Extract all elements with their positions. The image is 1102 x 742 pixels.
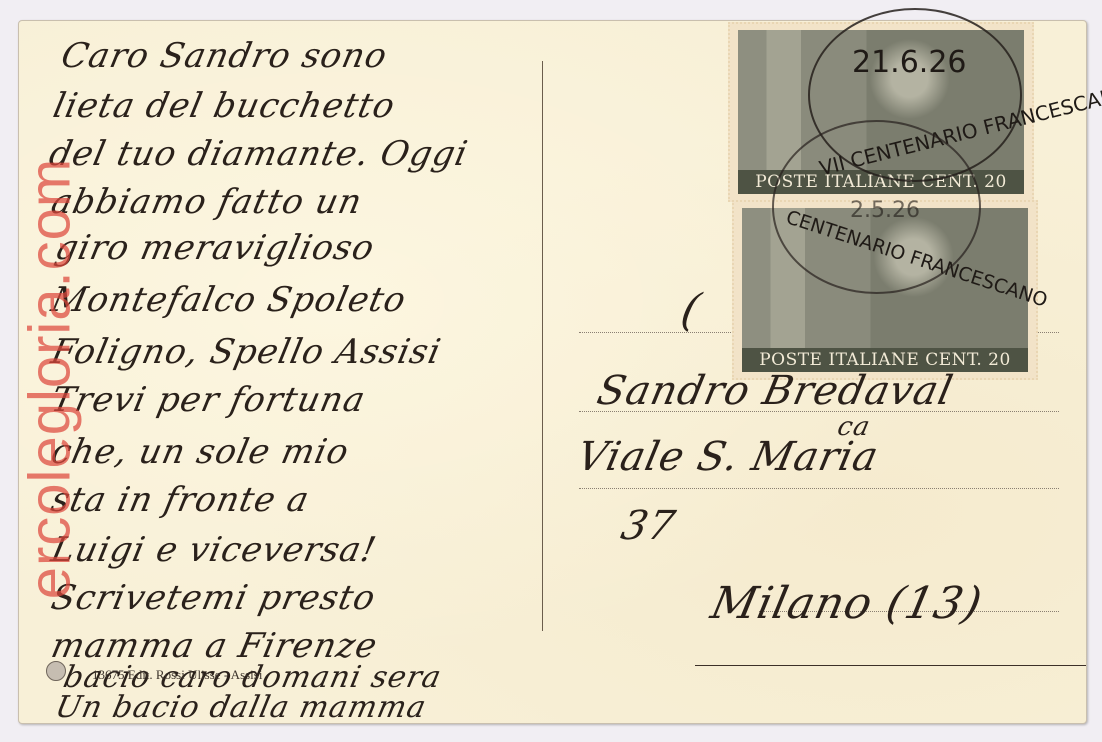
message-line: abbiamo fatto un xyxy=(48,182,366,222)
message-line: giro meraviglioso xyxy=(52,228,379,268)
message-line: Foligno, Spello Assisi xyxy=(48,332,445,372)
message-line: che, un sole mio xyxy=(48,432,353,472)
publisher-imprint: 13675 Edit. Rossi Ulisse - Assisi xyxy=(92,667,262,683)
message-line: sta in fronte a xyxy=(48,480,313,520)
message-line: Un bacio dalla mamma xyxy=(52,690,429,725)
address-number: 37 xyxy=(617,503,680,549)
postmark-date: 21.6.26 xyxy=(852,45,967,80)
address-line xyxy=(695,665,1086,666)
message-line: Scrivetemi presto xyxy=(48,578,380,618)
address-line xyxy=(579,488,1059,489)
address-street: Viale S. Maria xyxy=(573,434,883,480)
message-line: lieta del bucchetto xyxy=(50,86,399,126)
message-line: Caro Sandro sono xyxy=(58,36,391,76)
address-name: Sandro Bredaval xyxy=(593,368,957,414)
message-line: Montefalco Spoleto xyxy=(48,280,410,320)
watermark: ercolegloria.com xyxy=(17,79,84,679)
divider-line xyxy=(542,61,543,631)
address-city: Milano (13) xyxy=(707,578,987,629)
message-line: Trevi per fortuna xyxy=(48,380,369,420)
message-line: Luigi e viceversa! xyxy=(48,530,380,570)
message-line: del tuo diamante. Oggi xyxy=(46,134,472,174)
postmark-date: 2.5.26 xyxy=(850,198,920,223)
